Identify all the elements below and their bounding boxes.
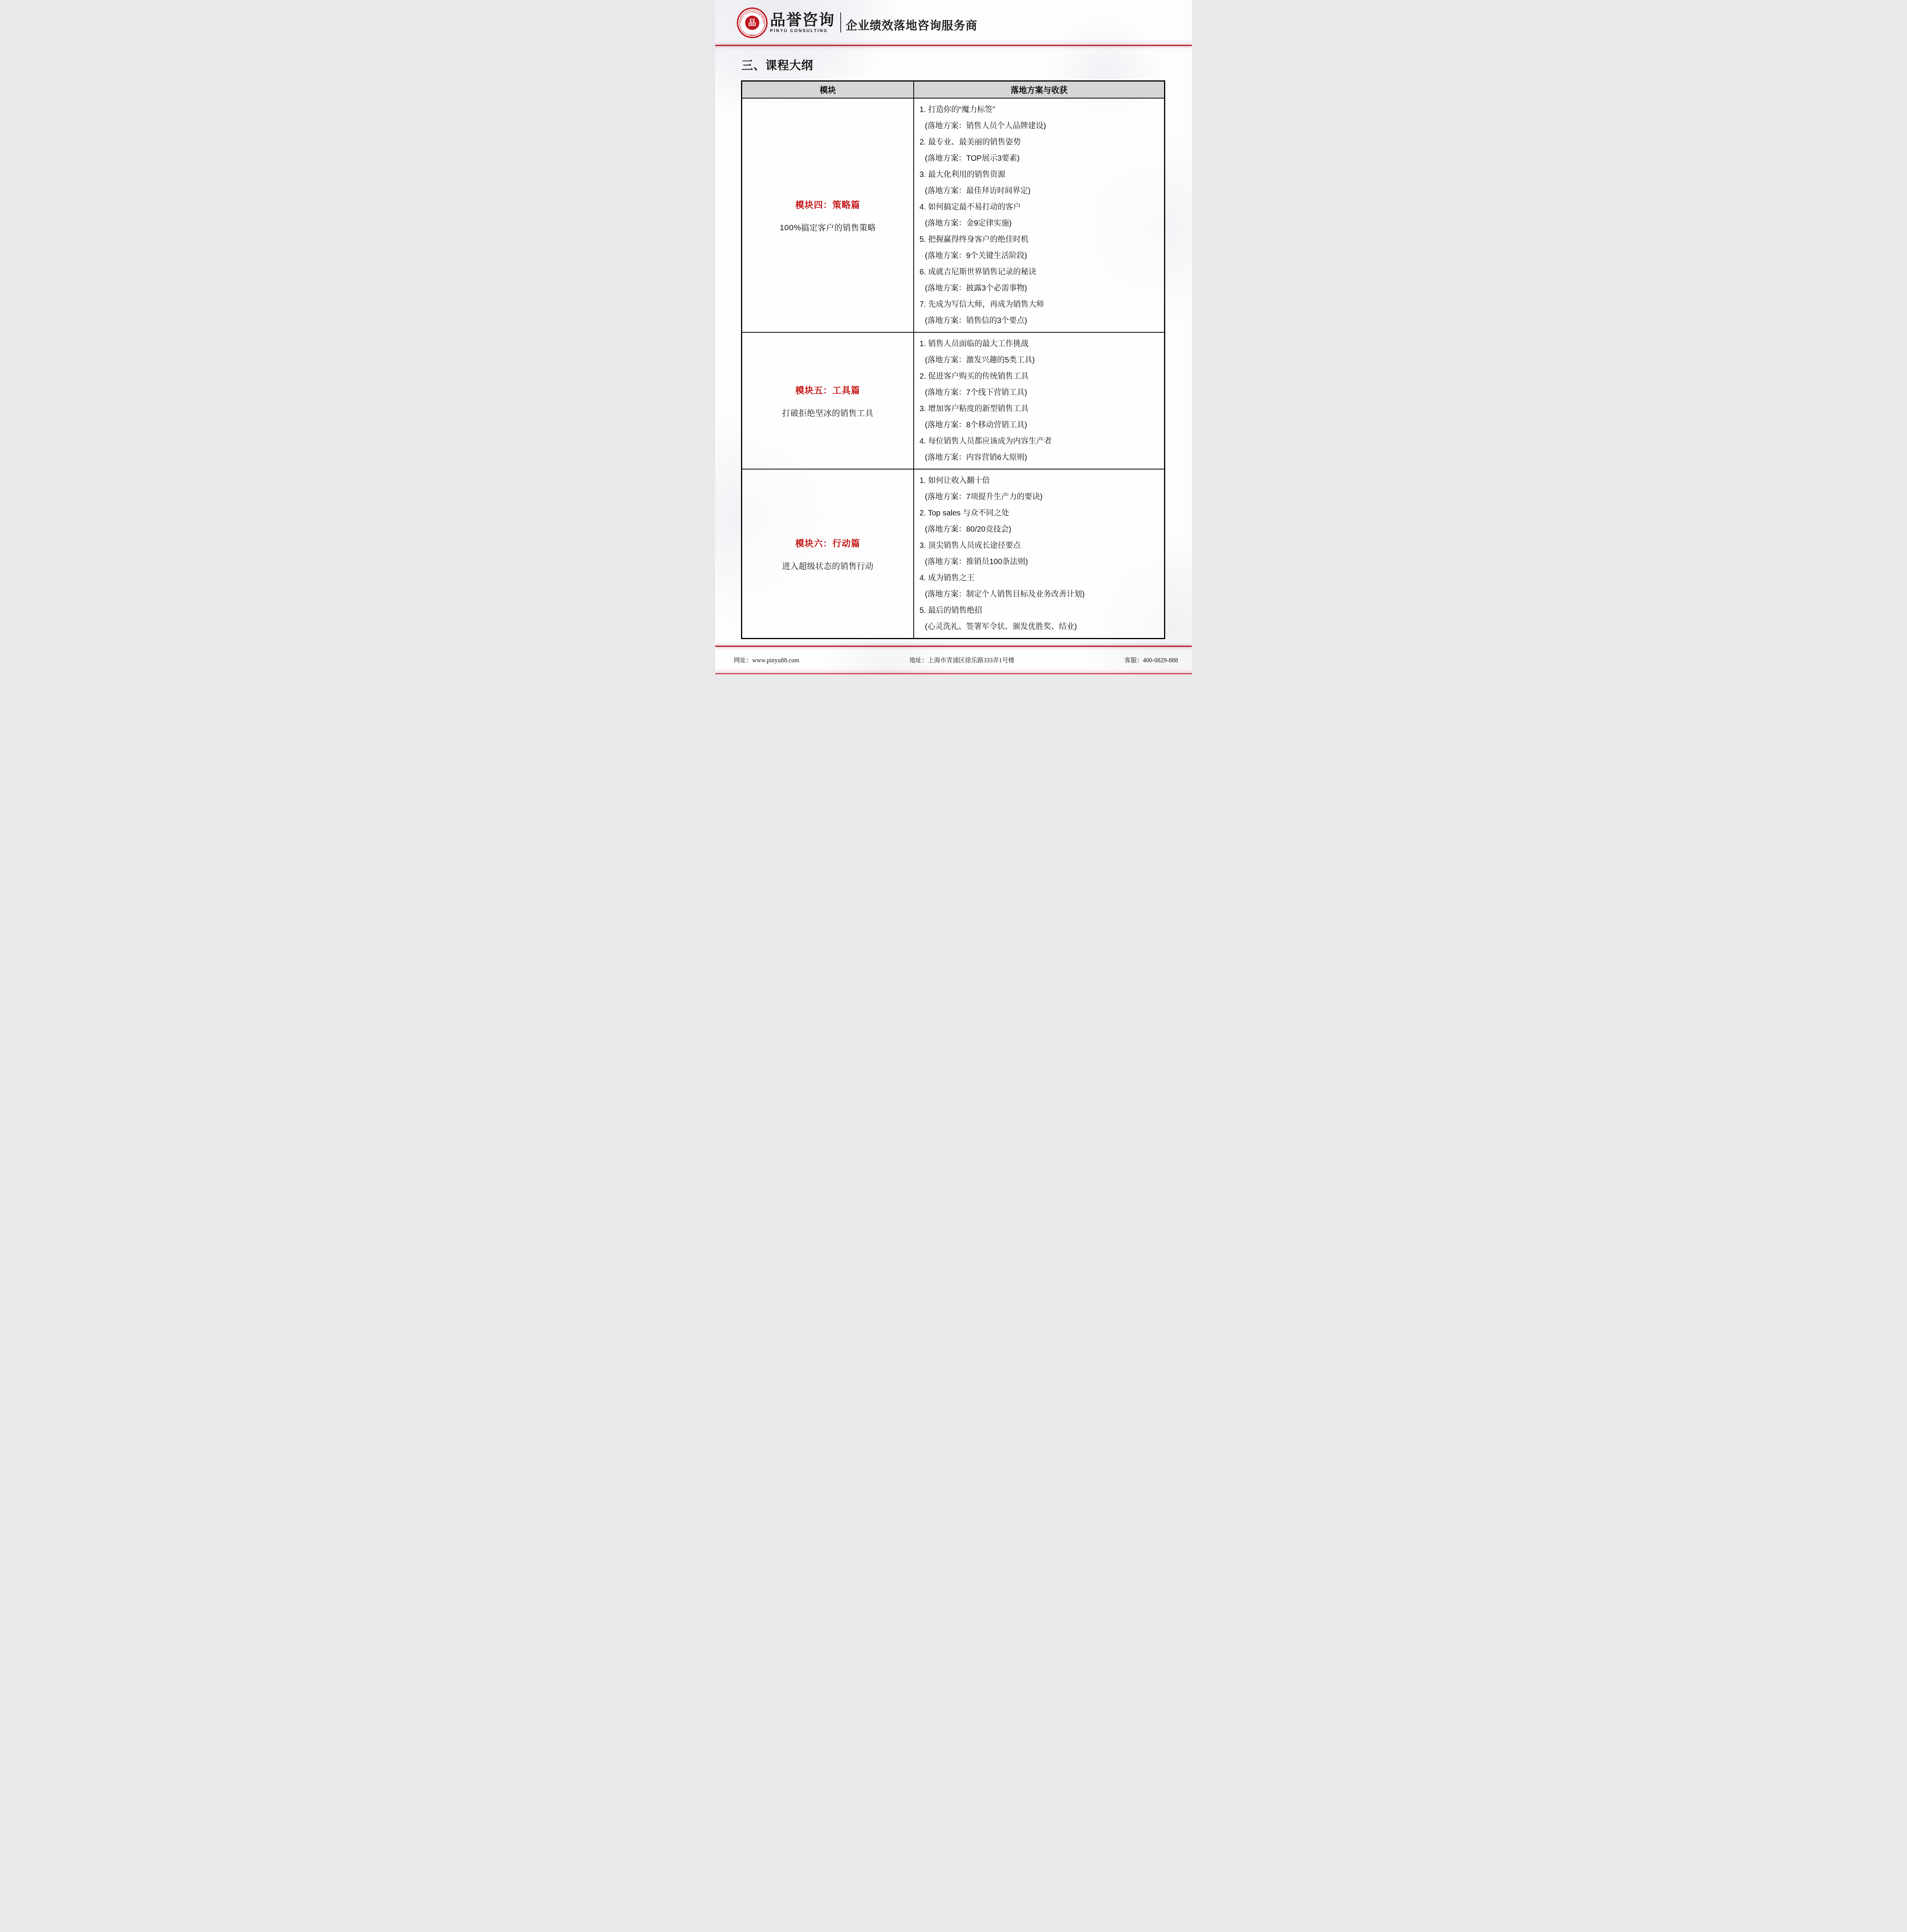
outline-plan: (落地方案：金9定律实施) bbox=[920, 215, 1160, 231]
bottom-edge-rule bbox=[715, 673, 1192, 674]
module-cell: 模块五：工具篇打破拒绝坚冰的销售工具 bbox=[742, 333, 913, 469]
outline-item: 2. 促进客户购买的传统销售工具 bbox=[920, 368, 1160, 384]
outline-item: 4. 如何搞定最不易打动的客户 bbox=[920, 199, 1160, 215]
outline-item: 1. 销售人员面临的最大工作挑战 bbox=[920, 336, 1160, 352]
table-header-row: 模块 落地方案与收获 bbox=[742, 82, 1164, 98]
plan-cell: 1. 如何让收入翻十倍(落地方案：7项提升生产力的要诀)2. Top sales… bbox=[913, 469, 1164, 638]
outline-plan: (落地方案：7个线下营销工具) bbox=[920, 384, 1160, 401]
module-title: 模块四：策略篇 bbox=[795, 198, 860, 211]
footer-address: 地址：上海市青浦区徐乐路333弄1号楼 bbox=[909, 655, 1014, 664]
outline-plan: (落地方案：销售信的3个要点) bbox=[920, 313, 1160, 329]
plan-cell: 1. 销售人员面临的最大工作挑战(落地方案：激发兴趣的5类工具)2. 促进客户购… bbox=[913, 333, 1164, 469]
page: PINYU ENTERPRISE MANAGEMENT 品 2014 品誉咨询 … bbox=[715, 0, 1192, 675]
course-row: 模块五：工具篇打破拒绝坚冰的销售工具1. 销售人员面临的最大工作挑战(落地方案：… bbox=[742, 332, 1164, 469]
brand-block: 品誉咨询 PINYU CONSULTING bbox=[770, 12, 835, 33]
outline-item: 5. 把握赢得终身客户的绝佳时机 bbox=[920, 231, 1160, 248]
header-rule bbox=[715, 45, 1192, 46]
module-title: 模块六：行动篇 bbox=[795, 536, 860, 549]
brand-name-en: PINYU CONSULTING bbox=[770, 29, 835, 33]
table-body: 模块四：策略篇100%搞定客户的销售策略1. 打造你的“魔力标签”(落地方案：销… bbox=[742, 98, 1164, 638]
outline-plan: (落地方案：推销员100条法则) bbox=[920, 554, 1160, 570]
outline-item: 1. 打造你的“魔力标签” bbox=[920, 102, 1160, 118]
outline-plan: (落地方案：7项提升生产力的要诀) bbox=[920, 489, 1160, 505]
module-title: 模块五：工具篇 bbox=[795, 383, 860, 396]
pinyu-seal-icon: PINYU ENTERPRISE MANAGEMENT 品 2014 bbox=[737, 7, 768, 38]
column-header-plan: 落地方案与收获 bbox=[913, 82, 1164, 98]
module-subtitle: 进入超级状态的销售行动 bbox=[782, 560, 874, 571]
outline-plan: (落地方案：披露3个必需事物) bbox=[920, 280, 1160, 296]
outline-item: 6. 成就吉尼斯世界销售记录的秘诀 bbox=[920, 264, 1160, 280]
footer: 网址：www.pinyu88.com 地址：上海市青浦区徐乐路333弄1号楼 客… bbox=[734, 655, 1178, 664]
header: PINYU ENTERPRISE MANAGEMENT 品 2014 品誉咨询 … bbox=[715, 0, 1192, 45]
plan-cell: 1. 打造你的“魔力标签”(落地方案：销售人员个人品牌建设)2. 最专业、最美丽… bbox=[913, 99, 1164, 332]
seal-year: 2014 bbox=[750, 34, 755, 37]
outline-plan: (落地方案：制定个人销售目标及业务改善计划) bbox=[920, 586, 1160, 602]
brand-tagline: 企业绩效落地咨询服务商 bbox=[846, 16, 977, 33]
outline-item: 4. 每位销售人员都应该成为内容生产者 bbox=[920, 433, 1160, 449]
footer-rule bbox=[715, 646, 1192, 647]
outline-plan: (落地方案：9个关键生活阶段) bbox=[920, 248, 1160, 264]
outline-plan: (心灵洗礼、签署军令状、颁发优胜奖、结业) bbox=[920, 619, 1160, 635]
outline-plan: (落地方案：最佳拜访时间界定) bbox=[920, 183, 1160, 199]
module-cell: 模块四：策略篇100%搞定客户的销售策略 bbox=[742, 99, 913, 332]
outline-plan: (落地方案：销售人员个人品牌建设) bbox=[920, 118, 1160, 134]
outline-item: 4. 成为销售之王 bbox=[920, 570, 1160, 586]
footer-phone: 客服：400-0829-888 bbox=[1124, 655, 1178, 664]
brand-divider bbox=[840, 12, 841, 32]
outline-plan: (落地方案：80/20竞技会) bbox=[920, 521, 1160, 537]
outline-item: 7. 先成为写信大师，再成为销售大师 bbox=[920, 296, 1160, 313]
outline-item: 5. 最后的销售绝招 bbox=[920, 602, 1160, 619]
section-title: 三、课程大纲 bbox=[741, 56, 813, 73]
outline-item: 3. 增加客户粘度的新型销售工具 bbox=[920, 401, 1160, 417]
outline-item: 3. 顶尖销售人员成长途径要点 bbox=[920, 537, 1160, 554]
seal-mark: 品 bbox=[748, 19, 756, 27]
outline-item: 2. 最专业、最美丽的销售姿势 bbox=[920, 134, 1160, 150]
module-cell: 模块六：行动篇进入超级状态的销售行动 bbox=[742, 469, 913, 638]
outline-item: 2. Top sales 与众不同之处 bbox=[920, 505, 1160, 521]
course-row: 模块四：策略篇100%搞定客户的销售策略1. 打造你的“魔力标签”(落地方案：销… bbox=[742, 98, 1164, 332]
outline-item: 3. 最大化利用的销售资源 bbox=[920, 167, 1160, 183]
outline-plan: (落地方案：激发兴趣的5类工具) bbox=[920, 352, 1160, 368]
column-header-module: 模块 bbox=[742, 82, 913, 98]
module-subtitle: 打破拒绝坚冰的销售工具 bbox=[782, 407, 874, 418]
brand-name: 品誉咨询 bbox=[770, 12, 835, 28]
footer-website: 网址：www.pinyu88.com bbox=[734, 655, 799, 664]
course-outline-table: 模块 落地方案与收获 模块四：策略篇100%搞定客户的销售策略1. 打造你的“魔… bbox=[741, 80, 1165, 639]
course-row: 模块六：行动篇进入超级状态的销售行动1. 如何让收入翻十倍(落地方案：7项提升生… bbox=[742, 469, 1164, 638]
outline-plan: (落地方案：TOP展示3要素) bbox=[920, 150, 1160, 167]
outline-item: 1. 如何让收入翻十倍 bbox=[920, 473, 1160, 489]
module-subtitle: 100%搞定客户的销售策略 bbox=[780, 221, 876, 233]
outline-plan: (落地方案：内容营销6大原则) bbox=[920, 449, 1160, 466]
outline-plan: (落地方案：8个移动营销工具) bbox=[920, 417, 1160, 433]
